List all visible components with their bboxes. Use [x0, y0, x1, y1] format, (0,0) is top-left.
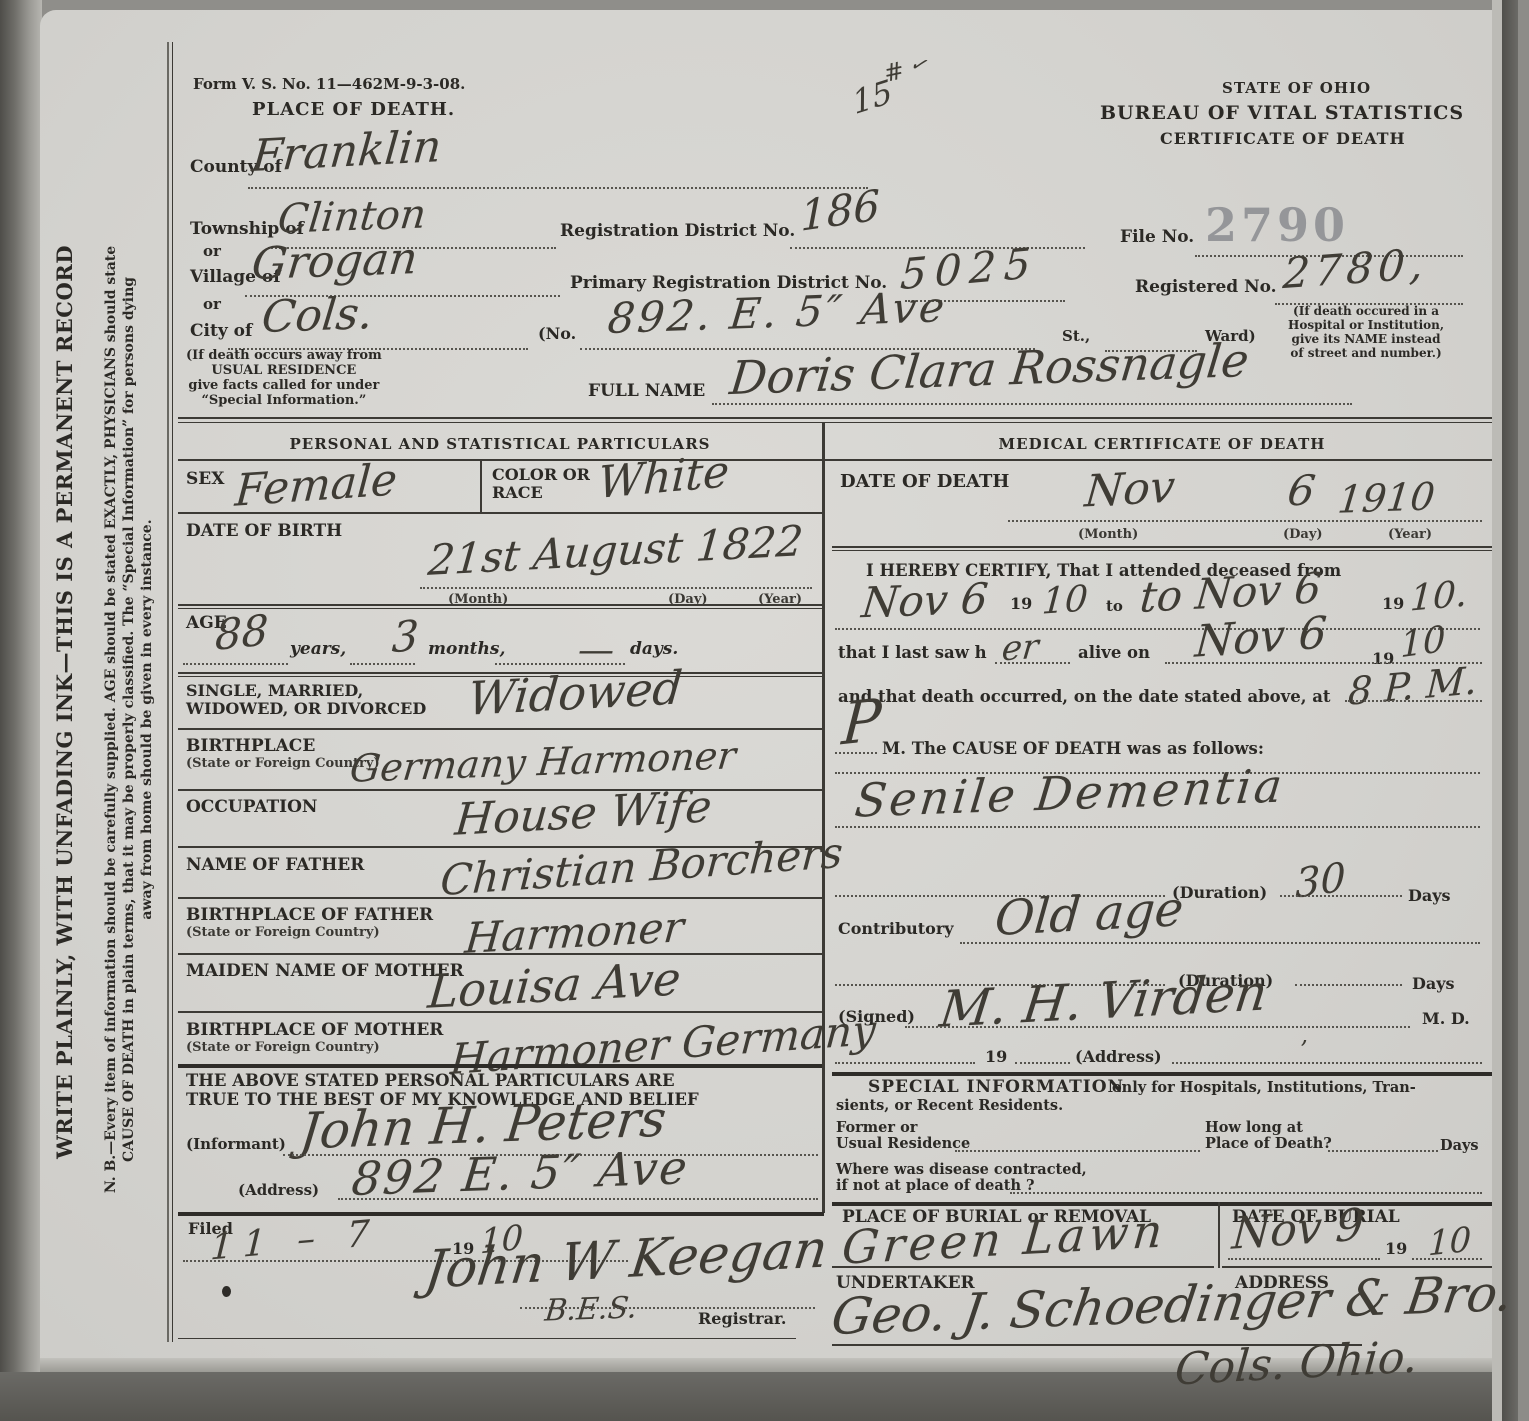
form-number: Form V. S. No. 11—462M-9-3-08. [193, 76, 465, 93]
column-divider [822, 423, 825, 1213]
last-saw-year: 10 [1400, 619, 1445, 667]
city-value: Cols. [259, 288, 375, 343]
duration2-line-right [1295, 984, 1402, 986]
dob-underline-2 [178, 608, 822, 609]
last-saw-pre: that I last saw h [838, 644, 987, 662]
ink-blot [222, 1286, 231, 1297]
age-months-value: 3 [391, 611, 420, 663]
contracted-line [1010, 1192, 1482, 1194]
md-label: M. D. [1422, 1010, 1470, 1028]
registrar-label: Registrar. [698, 1310, 786, 1328]
registration-district-label: Registration District No. [560, 222, 795, 241]
age-line-2 [350, 663, 415, 665]
place-of-death-heading: PLACE OF DEATH. [252, 100, 455, 120]
how-long-line [1328, 1150, 1438, 1152]
scan-right-margin [1518, 0, 1529, 1421]
sidebar-divider-inner [172, 42, 173, 1342]
county-line [248, 187, 868, 189]
attended-from-19: 19 [1010, 595, 1032, 613]
sidebar-note-line2: CAUSE OF DEATH in plain terms, that it m… [120, 47, 138, 1392]
mother-maiden-label: MAIDEN NAME OF MOTHER [186, 962, 464, 981]
marital-underline [178, 728, 822, 730]
county-value: Franklin [250, 121, 444, 182]
burial-date-line-2 [1412, 1258, 1482, 1260]
marital-label-1: SINGLE, MARRIED, [186, 682, 363, 700]
special-info-heading: SPECIAL INFORMATION [868, 1078, 1124, 1097]
death-time-line [1345, 700, 1482, 702]
how-long-days-label: Days [1440, 1138, 1479, 1154]
address-pen-tick: ’ [1300, 1036, 1308, 1064]
attestation-line-1: THE ABOVE STATED PERSONAL PARTICULARS AR… [186, 1072, 675, 1090]
dod-month-sublabel: (Month) [1078, 527, 1138, 542]
burial-19-printed: 19 [1385, 1240, 1407, 1258]
attended-to-19: 19 [1382, 595, 1404, 613]
book-right-edge [1502, 0, 1518, 1421]
certificate-of-death-heading: CERTIFICATE OF DEATH [1160, 130, 1406, 148]
burial-place-underline [832, 1266, 1214, 1268]
age-years-value: 88 [214, 605, 269, 660]
full-name-line [712, 403, 1352, 405]
age-years-label: years, [290, 640, 346, 659]
contributory-line [960, 942, 1480, 944]
sex-color-divider [480, 459, 482, 512]
file-no-label: File No. [1120, 228, 1194, 247]
mother-birthplace-underline [178, 1064, 822, 1068]
sidebar-note-line1: N. B.—Every item of information should b… [102, 47, 120, 1392]
village-value: Grogan [249, 233, 420, 290]
attended-to-year: 10. [1409, 573, 1468, 619]
date-of-death-year: 1910 [1336, 474, 1437, 522]
bureau-of-vital-statistics: BUREAU OF VITAL STATISTICS [1100, 103, 1464, 124]
signed-label: (Signed) [838, 1008, 915, 1026]
registrar-initials: B.E.S. [543, 1290, 639, 1328]
burial-date-line-1 [1228, 1258, 1380, 1260]
hospital-note-line1: (If death occured in a [1288, 304, 1444, 318]
death-occurred-text: and that death occurred, on the date sta… [838, 688, 1331, 706]
duration-days-label: Days [1408, 887, 1451, 905]
how-long-label-1: How long at [1205, 1120, 1303, 1136]
mother-birthplace-label: BIRTHPLACE OF MOTHER [186, 1021, 443, 1040]
contributory-label: Contributory [838, 920, 954, 938]
duration2-days-label: Days [1412, 975, 1455, 993]
or-label-1: or [203, 243, 221, 260]
attended-to-printed: to [1106, 598, 1123, 615]
informant-address-label: (Address) [238, 1182, 319, 1199]
father-birthplace-label: BIRTHPLACE OF FATHER [186, 906, 433, 925]
state-of-ohio: STATE OF OHIO [1222, 80, 1371, 97]
hospital-note-line3: give its NAME instead [1288, 332, 1444, 346]
burial-date-value: Nov 9 [1230, 1199, 1365, 1260]
sidebar-bold-instruction: WRITE PLAINLY, WITH UNFADING INK—THIS IS… [52, 52, 82, 1352]
book-binding-edge [0, 0, 42, 1421]
father-name-label: NAME OF FATHER [186, 856, 364, 875]
hospital-note-line2: Hospital or Institution, [1288, 318, 1444, 332]
usual-residence-note: (If death occurs away from USUAL RESIDEN… [186, 348, 382, 408]
signed-line [905, 1026, 1410, 1028]
or-label-2: or [203, 296, 221, 313]
mother-birthplace-sublabel: (State or Foreign Country) [186, 1040, 380, 1055]
special-section-rule [832, 1072, 1492, 1076]
city-label: City of [190, 322, 252, 341]
special-info-line2: sients, or Recent Residents. [836, 1098, 1063, 1114]
informant-section-rule [178, 1212, 824, 1216]
pm-pen-letter: P [840, 686, 884, 759]
medical-heading: MEDICAL CERTIFICATE OF DEATH [832, 436, 1492, 453]
residence-note-line4: “Special Information.” [186, 393, 382, 408]
dod-year-sublabel: (Year) [1388, 527, 1432, 542]
duration-value: 30 [1295, 854, 1345, 908]
informant-address-line [338, 1198, 818, 1200]
left-bottom-rule [178, 1338, 796, 1339]
birthplace-underline [178, 789, 822, 791]
dod-underline-1 [832, 546, 1492, 548]
birthplace-label: BIRTHPLACE [186, 737, 315, 756]
dod-underline-2 [832, 550, 1492, 551]
cause-line-bottom [835, 826, 1480, 828]
hospital-note-line4: of street and number.) [1288, 346, 1444, 360]
date-of-death-label: DATE OF DEATH [840, 472, 1009, 492]
attended-from-value: Nov 6 [859, 574, 990, 628]
last-saw-date: Nov 6 [1193, 607, 1328, 668]
mother-underline [178, 1011, 822, 1013]
page-right-edge [1492, 0, 1502, 1421]
how-long-label-2: Place of Death? [1205, 1136, 1332, 1152]
physician-address-label: (Address) [1075, 1048, 1162, 1066]
duration-line-right [1280, 895, 1402, 897]
marital-value: Widowed [466, 660, 685, 726]
registered-no-label: Registered No. [1135, 278, 1277, 297]
address19-line-2 [1015, 1062, 1070, 1064]
dob-label: DATE OF BIRTH [186, 522, 342, 541]
former-residence-label-1: Former or [836, 1120, 917, 1136]
hospital-note: (If death occured in a Hospital or Insti… [1288, 304, 1444, 360]
full-name-label: FULL NAME [588, 382, 705, 401]
age-line-1 [183, 663, 288, 665]
sidebar-note-instructions: N. B.—Every item of information should b… [102, 47, 160, 1392]
sidebar-note-line3: away from home should be given in every … [138, 47, 156, 1392]
file-no-stamp: 2790 [1205, 198, 1349, 252]
sidebar-divider-outer [167, 42, 169, 1342]
last-saw-er-line [995, 662, 1070, 664]
residence-note-line1: (If death occurs away from [186, 348, 382, 363]
street-no-label: (No. [538, 325, 576, 343]
burial-cell-divider [1218, 1202, 1220, 1268]
date-of-death-month: Nov [1083, 461, 1177, 517]
color-race-label-1: COLOR OR [492, 466, 590, 484]
father-underline [178, 897, 822, 899]
residence-note-line3: give facts called for under [186, 378, 382, 393]
dob-line [420, 587, 812, 589]
registered-no-value: 2780, [1281, 239, 1429, 298]
marital-label-2: WIDOWED, OR DIVORCED [186, 700, 426, 718]
section-rule-top-1 [178, 417, 1492, 419]
last-saw-post: alive on [1078, 644, 1150, 662]
former-residence-line [955, 1150, 1200, 1152]
age-months-label: months, [428, 640, 505, 659]
address19-line-1 [835, 1062, 975, 1064]
attended-from-year: 10 [1041, 578, 1090, 622]
cause-of-death-label: M. The CAUSE OF DEATH was as follows: [882, 740, 1264, 758]
sex-row-underline [178, 512, 822, 514]
dod-day-sublabel: (Day) [1283, 527, 1323, 542]
address19-line-3 [1172, 1062, 1482, 1064]
section-rule-top-2 [178, 422, 1492, 423]
duration-label: (Duration) [1172, 884, 1267, 902]
death-certificate-scan: WRITE PLAINLY, WITH UNFADING INK—THIS IS… [0, 0, 1529, 1421]
father-birthplace-sublabel: (State or Foreign Country) [186, 925, 380, 940]
informant-label: (Informant) [186, 1136, 286, 1153]
pm-line [835, 752, 877, 754]
dob-underline-1 [178, 604, 822, 606]
date-of-death-line [1008, 520, 1482, 522]
age-days-label: days. [630, 640, 678, 659]
signed-19-printed: 19 [985, 1048, 1007, 1066]
special-info-rest: only for Hospitals, Institutions, Tran- [1112, 1080, 1416, 1096]
residence-note-line2: USUAL RESIDENCE [186, 363, 382, 378]
father-birthplace-underline [178, 953, 822, 955]
contributory-value: Old age [993, 881, 1186, 947]
former-residence-label-2: Usual Residence [836, 1136, 970, 1152]
attended-line [835, 628, 1480, 630]
sex-label: SEX [186, 470, 224, 489]
occupation-label: OCCUPATION [186, 798, 317, 817]
color-race-label-2: RACE [492, 484, 543, 502]
contracted-label-1: Where was disease contracted, [836, 1162, 1087, 1178]
contracted-label-2: if not at place of death ? [836, 1178, 1035, 1194]
